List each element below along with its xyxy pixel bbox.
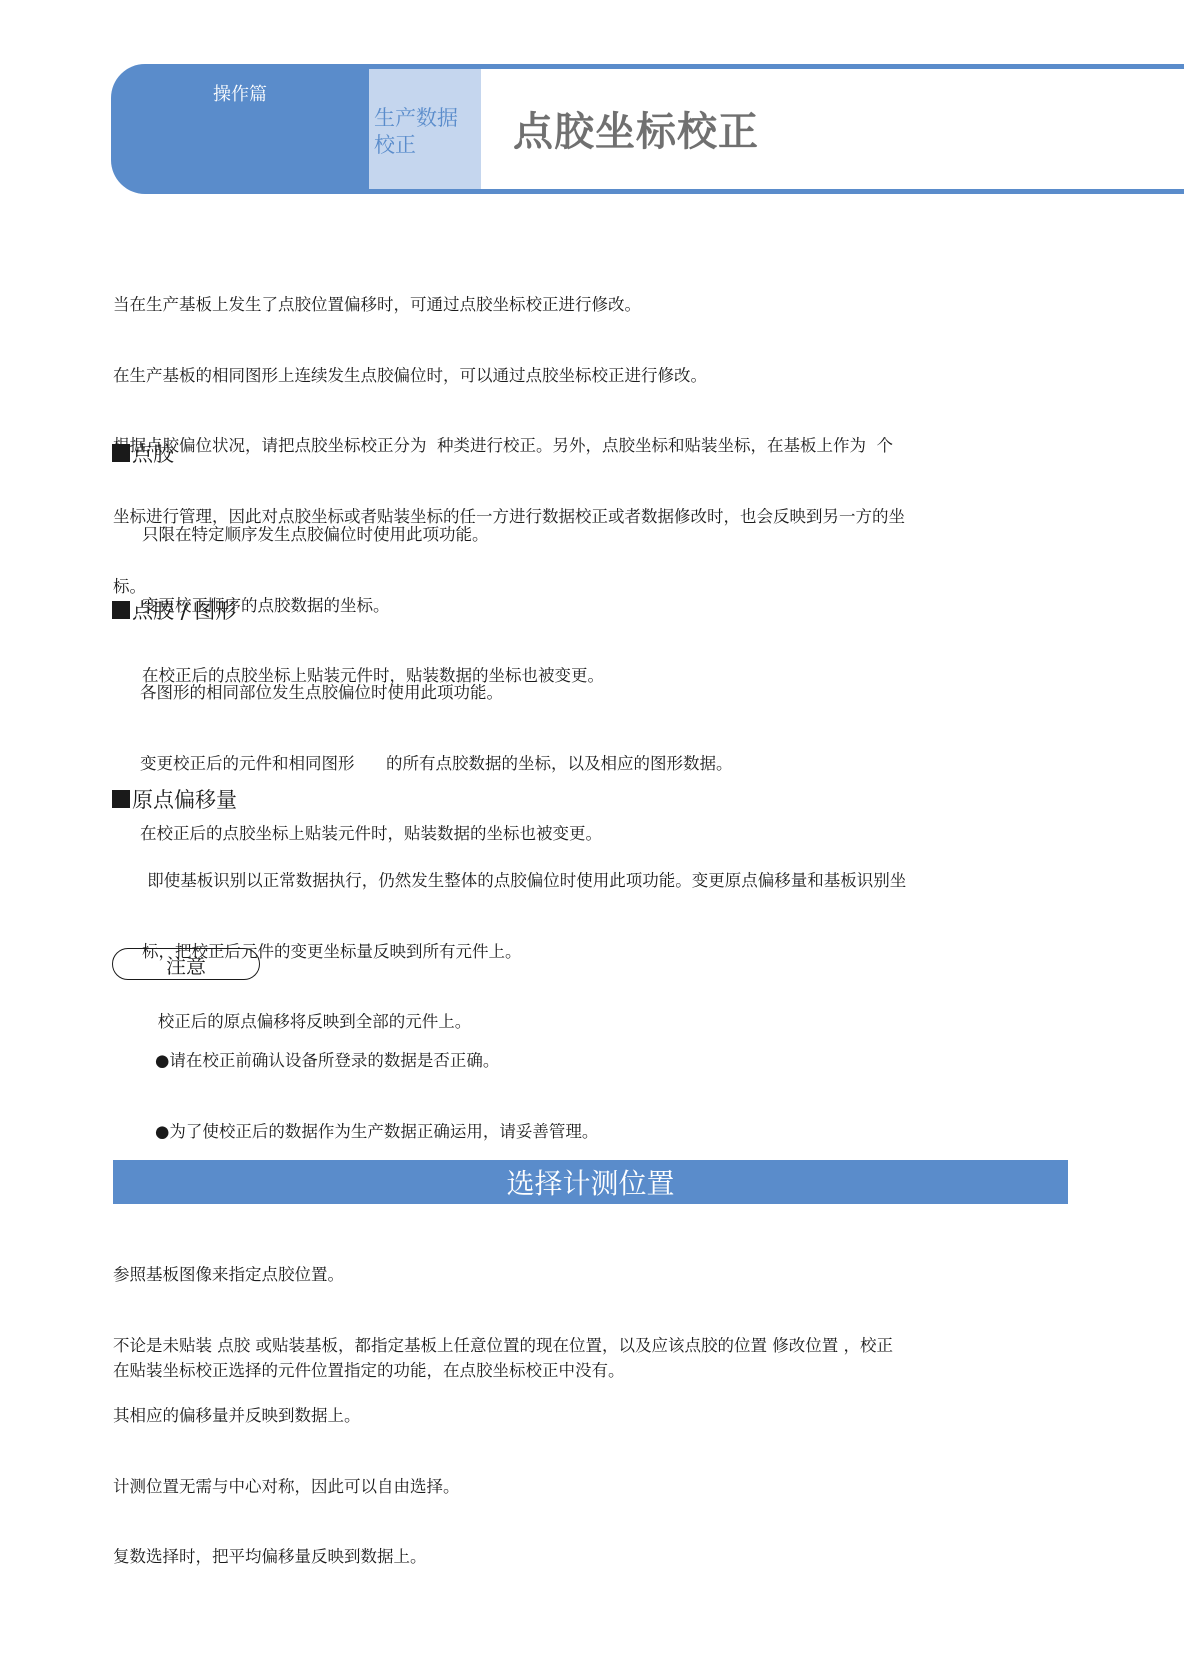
chapter-label-line2: 校正 <box>374 132 458 159</box>
note-item: ●为了使校正后的数据作为生产数据正确运用，请妥善管理。 <box>155 1120 598 1144</box>
page-header: 操作篇 生产数据 校正 点胶坐标校正 <box>111 64 1184 194</box>
part-label: 操作篇 <box>111 80 369 106</box>
measure-line: 计测位置无需与中心对称，因此可以自由选择。 <box>113 1475 893 1499</box>
chapter-label: 生产数据 校正 <box>374 105 458 159</box>
measure-line: 复数选择时，把平均偏移量反映到数据上。 <box>113 1545 893 1569</box>
intro-line: 当在生产基板上发生了点胶位置偏移时，可通过点胶坐标校正进行修改。 <box>113 293 905 317</box>
measure-line: 不论是未贴装 点胶 或贴装基板，都指定基板上任意位置的现在位置，以及应该点胶的位… <box>113 1334 893 1358</box>
measure-line: 参照基板图像来指定点胶位置。 <box>113 1263 893 1287</box>
note-label: 注意 <box>166 950 206 979</box>
section-bar-title: 选择计测位置 <box>506 1162 674 1202</box>
section-line: 只限在特定顺序发生点胶偏位时使用此项功能。 <box>142 523 604 547</box>
section-line: 变更校正后的元件和相同图形 的所有点胶数据的坐标，以及相应的图形数据。 <box>140 752 732 776</box>
page-title: 点胶坐标校正 <box>513 100 759 157</box>
chapter-label-line1: 生产数据 <box>374 105 458 132</box>
intro-line: 根据点胶偏位状况，请把点胶坐标校正分为 种类进行校正。另外，点胶坐标和贴装坐标，… <box>113 434 905 458</box>
section-heading-dispense-pattern: 点胶 / 图形 <box>112 595 236 625</box>
section-heading-origin-offset: 原点偏移量 <box>112 784 237 814</box>
note-list: ●请在校正前确认设备所登录的数据是否正确。 ●为了使校正后的数据作为生产数据正确… <box>155 1002 598 1167</box>
section-line: 即使基板识别以正常数据执行，仍然发生整体的点胶偏位时使用此项功能。变更原点偏移量… <box>142 869 906 893</box>
measure-footnote: 在贴装坐标校正选择的元件位置指定的功能，在点胶坐标校正中没有。 <box>113 1359 625 1383</box>
intro-line: 在生产基板的相同图形上连续发生点胶偏位时，可以通过点胶坐标校正进行修改。 <box>113 364 905 388</box>
measure-line: 其相应的偏移量并反映到数据上。 <box>113 1404 893 1428</box>
note-item: ●请在校正前确认设备所登录的数据是否正确。 <box>155 1049 598 1073</box>
measure-section-body: 参照基板图像来指定点胶位置。 不论是未贴装 点胶 或贴装基板，都指定基板上任意位… <box>113 1216 893 1592</box>
section-heading-label: 点胶 <box>132 438 174 468</box>
section-heading-label: 原点偏移量 <box>132 784 237 814</box>
square-bullet-icon <box>112 790 130 808</box>
note-label-pill: 注意 <box>112 948 260 980</box>
section-line: 各图形的相同部位发生点胶偏位时使用此项功能。 <box>140 681 732 705</box>
section-heading-dispense: 点胶 <box>112 438 174 468</box>
part-tab: 操作篇 <box>111 64 369 194</box>
square-bullet-icon <box>112 444 130 462</box>
header-bottom-rule <box>351 189 1184 194</box>
square-bullet-icon <box>112 601 130 619</box>
section-bar-measure-position: 选择计测位置 <box>113 1160 1068 1204</box>
section-heading-label: 点胶 / 图形 <box>132 595 236 625</box>
chapter-box: 生产数据 校正 <box>369 69 481 189</box>
